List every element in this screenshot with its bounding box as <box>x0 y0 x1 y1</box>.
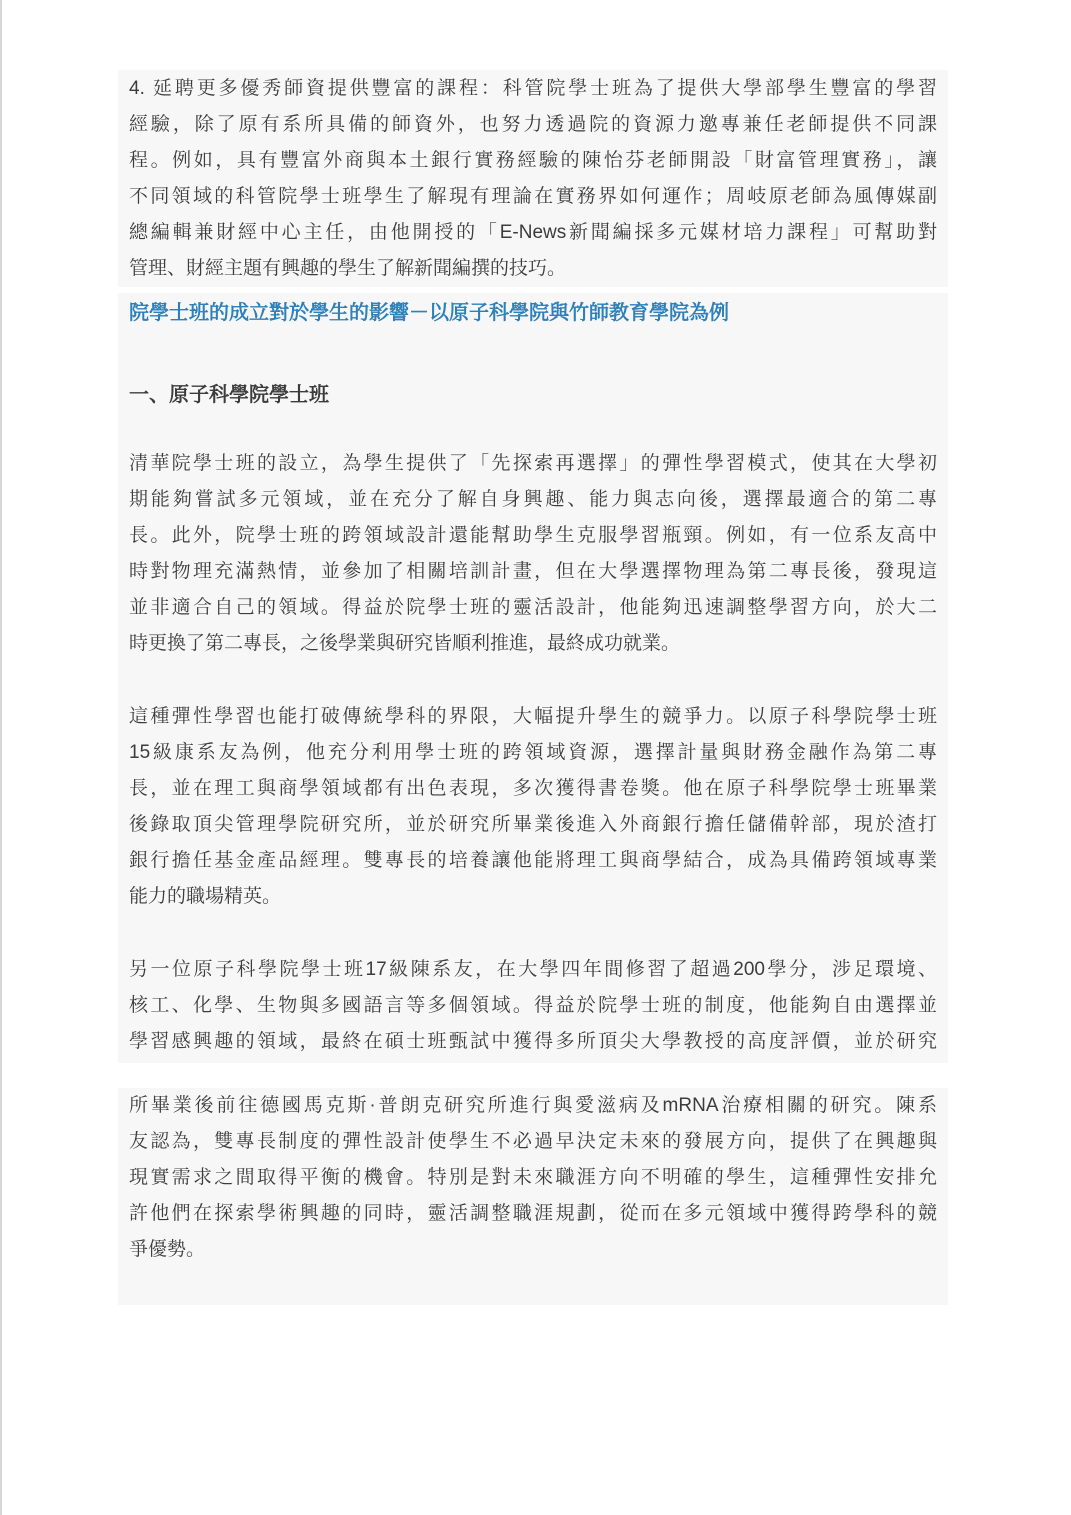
window-left-border <box>0 0 2 1515</box>
closing-paragraph: 所畢業後前往德國馬克斯·普朗克研究所進行與愛滋病及mRNA治療相關的研究。陳系友… <box>129 1088 937 1268</box>
body-paragraph: 這種彈性學習也能打破傳統學科的界限，大幅提升學生的競爭力。以原子科學院學士班15… <box>129 699 937 915</box>
text-line: 友認為，雙專長制度的彈性設計使學生不必過早決定未來的發展方向，提供了在興趣與 <box>129 1124 937 1160</box>
text-line: 清華院學士班的設立，為學生提供了「先探索再選擇」的彈性學習模式，使其在大學初 <box>129 446 937 482</box>
body-paragraph: 清華院學士班的設立，為學生提供了「先探索再選擇」的彈性學習模式，使其在大學初期能… <box>129 446 937 662</box>
subsection-heading: 一、原子科學院學士班 <box>129 377 937 413</box>
text-line: 爭優勢。 <box>129 1232 937 1268</box>
article-page: 4. 延聘更多優秀師資提供豐富的課程：科管院學士班為了提供大學部學生豐富的學習經… <box>0 0 1071 1515</box>
intro-paragraph: 4. 延聘更多優秀師資提供豐富的課程：科管院學士班為了提供大學部學生豐富的學習經… <box>129 71 937 287</box>
text-line: 15級康系友為例，他充分利用學士班的跨領域資源，選擇計量與財務金融作為第二專 <box>129 735 937 771</box>
text-line: 後錄取頂尖管理學院研究所，並於研究所畢業後進入外商銀行擔任儲備幹部，現於渣打 <box>129 807 937 843</box>
text-line: 許他們在探索學術興趣的同時，靈活調整職涯規劃，從而在多元領域中獲得跨學科的競 <box>129 1196 937 1232</box>
intro-paragraph-block: 4. 延聘更多優秀師資提供豐富的課程：科管院學士班為了提供大學部學生豐富的學習經… <box>118 70 948 287</box>
text-line: 核工、化學、生物與多國語言等多個領域。得益於院學士班的制度，他能夠自由選擇並 <box>129 988 937 1024</box>
text-line: 管理、財經主題有興趣的學生了解新聞編撰的技巧。 <box>129 251 937 287</box>
closing-paragraph-block: 所畢業後前往德國馬克斯·普朗克研究所進行與愛滋病及mRNA治療相關的研究。陳系友… <box>118 1088 948 1305</box>
text-line: 現實需求之間取得平衡的機會。特別是對未來職涯方向不明確的學生，這種彈性安排允 <box>129 1160 937 1196</box>
text-line: 不同領域的科管院學士班學生了解現有理論在實務界如何運作；周岐原老師為風傳媒副 <box>129 179 937 215</box>
section-heading: 院學士班的成立對於學生的影響－以原子科學院與竹師教育學院為例 <box>129 295 937 331</box>
main-section-block: 院學士班的成立對於學生的影響－以原子科學院與竹師教育學院為例 一、原子科學院學士… <box>118 293 948 1063</box>
text-line: 經驗，除了原有系所具備的師資外，也努力透過院的資源力邀專兼任老師提供不同課 <box>129 107 937 143</box>
text-line: 並非適合自己的領域。得益於院學士班的靈活設計，他能夠迅速調整學習方向，於大二 <box>129 590 937 626</box>
text-line: 能力的職場精英。 <box>129 879 937 915</box>
text-line: 4. 延聘更多優秀師資提供豐富的課程：科管院學士班為了提供大學部學生豐富的學習 <box>129 71 937 107</box>
text-line: 所畢業後前往德國馬克斯·普朗克研究所進行與愛滋病及mRNA治療相關的研究。陳系 <box>129 1088 937 1124</box>
text-line: 程。例如，具有豐富外商與本土銀行實務經驗的陳怡芬老師開設「財富管理實務」，讓 <box>129 143 937 179</box>
body-paragraph: 另一位原子科學院學士班17級陳系友，在大學四年間修習了超過200學分，涉足環境、… <box>129 952 937 1060</box>
text-line: 銀行擔任基金產品經理。雙專長的培養讓他能將理工與商學結合，成為具備跨領域專業 <box>129 843 937 879</box>
text-line: 期能夠嘗試多元領域，並在充分了解自身興趣、能力與志向後，選擇最適合的第二專 <box>129 482 937 518</box>
text-line: 時更換了第二專長，之後學業與研究皆順利推進，最終成功就業。 <box>129 626 937 662</box>
text-line: 時對物理充滿熱情，並參加了相關培訓計畫，但在大學選擇物理為第二專長後，發現這 <box>129 554 937 590</box>
text-line: 長，並在理工與商學領域都有出色表現，多次獲得書卷獎。他在原子科學院學士班畢業 <box>129 771 937 807</box>
text-line: 總編輯兼財經中心主任，由他開授的「E-News新聞編採多元媒材培力課程」可幫助對 <box>129 215 937 251</box>
text-line: 學習感興趣的領域，最終在碩士班甄試中獲得多所頂尖大學教授的高度評價，並於研究 <box>129 1024 937 1060</box>
text-line: 這種彈性學習也能打破傳統學科的界限，大幅提升學生的競爭力。以原子科學院學士班 <box>129 699 937 735</box>
text-line: 另一位原子科學院學士班17級陳系友，在大學四年間修習了超過200學分，涉足環境、 <box>129 952 937 988</box>
text-line: 長。此外，院學士班的跨領域設計還能幫助學生克服學習瓶頸。例如，有一位系友高中 <box>129 518 937 554</box>
